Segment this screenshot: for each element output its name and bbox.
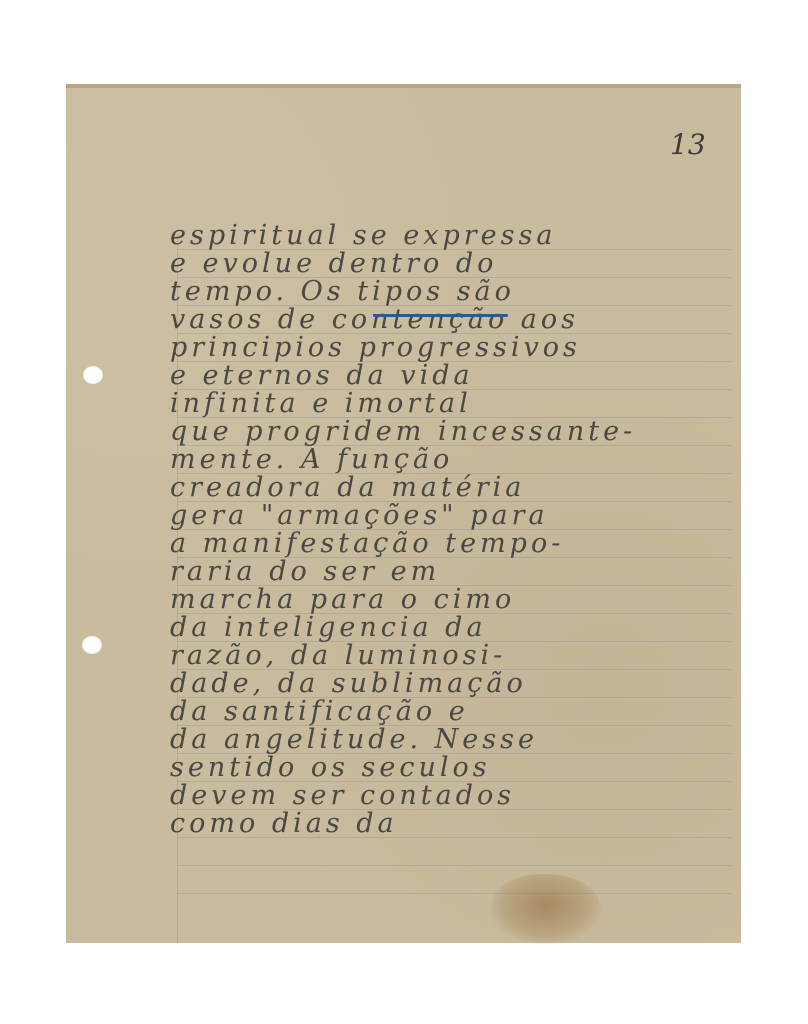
text-line: raria do ser em <box>170 558 735 586</box>
text-line: mente. A função <box>170 446 735 474</box>
text-line: da inteligencia da <box>170 614 735 642</box>
text-line: que progridem incessante- <box>170 418 735 446</box>
punch-hole <box>83 366 103 384</box>
text-line: infinita e imortal <box>170 390 735 418</box>
text-line: creadora da matéria <box>170 474 735 502</box>
page-number: 13 <box>670 128 706 161</box>
water-stain <box>491 874 601 944</box>
blue-underline-mark <box>373 314 508 317</box>
paper-top-edge <box>66 84 741 88</box>
text-line: como dias da <box>170 810 735 838</box>
text-line: dade, da sublimação <box>170 670 735 698</box>
text-line: e eternos da vida <box>170 362 735 390</box>
text-line: e evolue dentro do <box>170 250 735 278</box>
ruled-line <box>177 893 732 894</box>
text-line: a manifestação tempo- <box>170 530 735 558</box>
text-line: vasos de contenção aos <box>170 306 735 334</box>
ruled-line <box>177 865 732 866</box>
text-line: razão, da luminosi- <box>170 642 735 670</box>
punch-hole <box>82 636 102 654</box>
text-line: da angelitude. Nesse <box>170 726 735 754</box>
text-line: tempo. Os tipos são <box>170 278 735 306</box>
manuscript-page: 13 espiritual se expressa e evolue dentr… <box>66 84 741 943</box>
text-line: gera "armações" para <box>170 502 735 530</box>
text-line: espiritual se expressa <box>170 222 735 250</box>
text-line: marcha para o cimo <box>170 586 735 614</box>
text-line: principios progressivos <box>170 334 735 362</box>
text-line: devem ser contados <box>170 782 735 810</box>
text-line: da santificação e <box>170 698 735 726</box>
text-line: sentido os seculos <box>170 754 735 782</box>
